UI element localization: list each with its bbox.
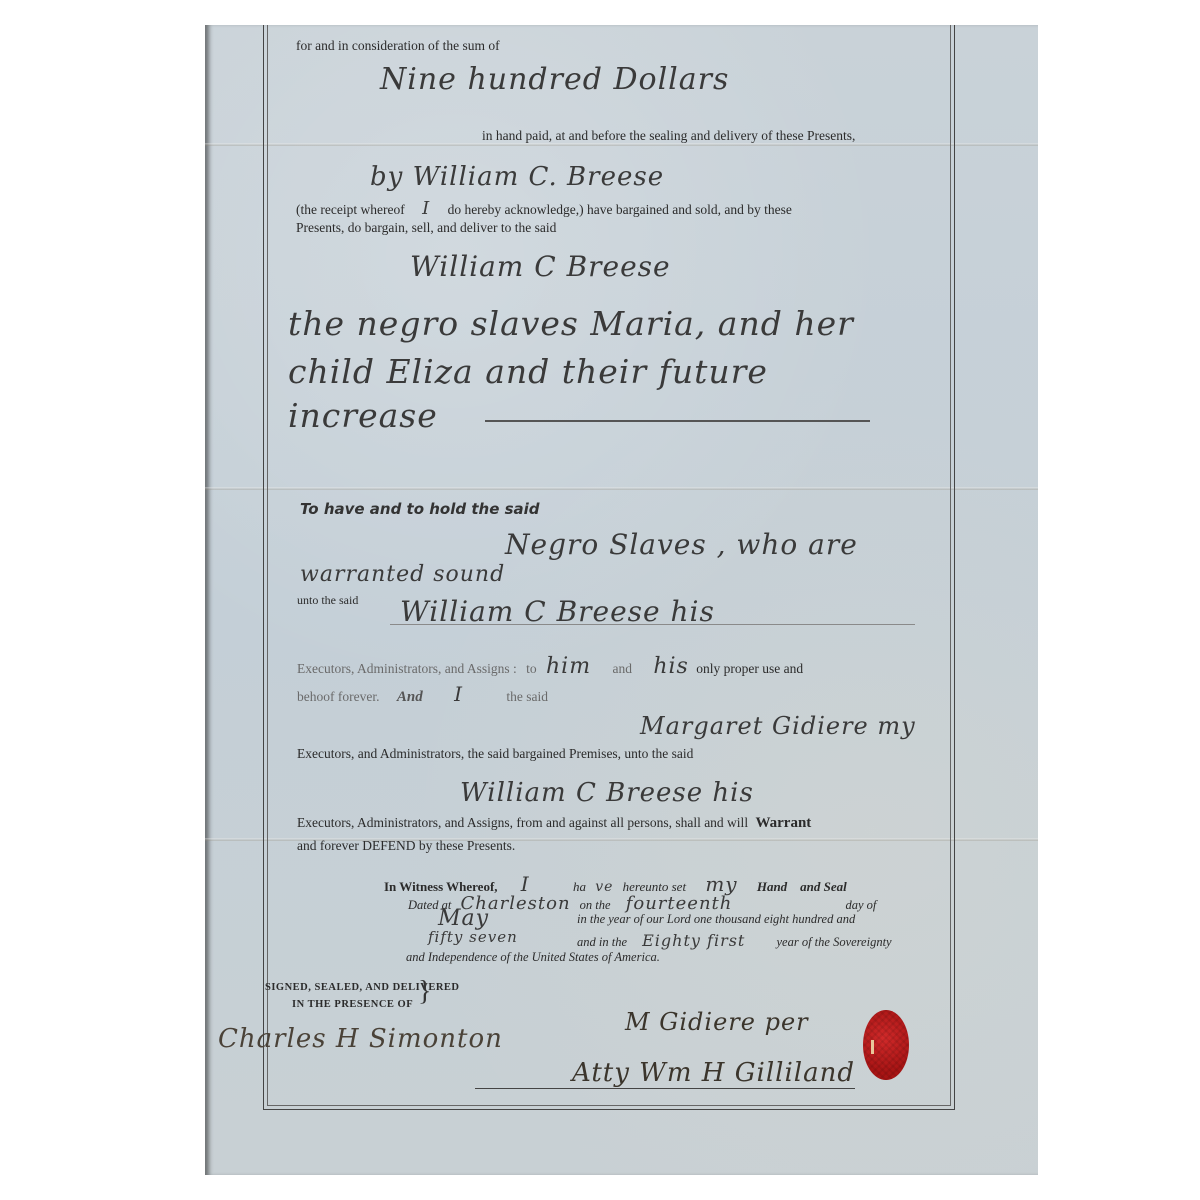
description-line-2: child Eliza and their future xyxy=(288,352,768,391)
in-hand-paid-text: in hand paid, at and before the sealing … xyxy=(482,128,855,144)
fill-line xyxy=(390,624,915,625)
executors-admins-text: Executors, and Administrators, the said … xyxy=(297,746,693,762)
to-have-heading: To have and to hold the said xyxy=(300,500,540,518)
behoof-label: behoof forever. xyxy=(297,689,379,704)
hereunto-set: hereunto set xyxy=(623,879,686,894)
seal-mark xyxy=(871,1040,874,1054)
and-bold: And xyxy=(397,689,423,705)
and-in-the: and in the xyxy=(577,935,627,949)
sovereignty-line: and in the Eighty first year of the Sove… xyxy=(577,931,892,950)
year-of-lord-line: in the year of our Lord one thousand eig… xyxy=(577,912,855,927)
hold-line-1: Negro Slaves , who are xyxy=(505,528,858,561)
sovereignty-year-handwritten: Eighty first xyxy=(642,931,745,950)
executors-assigns-2: Executors, Administrators, and Assigns, … xyxy=(297,815,811,832)
executors-assigns-1: Executors, Administrators, and Assigns :… xyxy=(297,654,803,679)
the-said-label: the said xyxy=(506,689,548,704)
his-handwritten: his xyxy=(653,654,689,679)
description-line-1: the negro slaves Maria, and her xyxy=(288,304,854,343)
executors-label: Executors, Administrators, and Assigns : xyxy=(297,661,517,676)
hold-line-2: warranted sound xyxy=(300,562,505,587)
day-handwritten: fourteenth xyxy=(626,893,733,914)
receipt-pronoun: I xyxy=(422,198,430,219)
on-the: on the xyxy=(580,898,611,912)
presents-text: Presents, do bargain, sell, and deliver … xyxy=(296,220,556,236)
ha-label: ha xyxy=(573,879,586,894)
defend-line: and forever DEFEND by these Presents. xyxy=(297,838,515,854)
wax-seal xyxy=(863,1010,909,1080)
receipt-whereof: (the receipt whereof xyxy=(296,202,405,217)
year-of-sovereignty: year of the Sovereignty xyxy=(776,935,891,949)
consideration-text: for and in consideration of the sum of xyxy=(296,38,500,54)
and-label: and xyxy=(612,661,632,676)
day-of: day of xyxy=(845,898,876,912)
receipt-whereof-text: (the receipt whereof I do hereby acknowl… xyxy=(296,198,792,219)
buyer-handwritten-3: William C Breese his xyxy=(460,778,754,808)
witness-signature: Charles H Simonton xyxy=(218,1024,503,1054)
behoof-line: behoof forever. And I the said xyxy=(297,682,548,706)
witness-whereof: In Witness Whereof, xyxy=(384,879,498,894)
brace-icon: } xyxy=(418,976,431,1008)
description-line-3: increase xyxy=(288,396,438,435)
signature-line-1: M Gidiere per xyxy=(625,1008,809,1036)
buyer-handwritten-1: William C Breese xyxy=(410,250,671,283)
signature-line xyxy=(475,1088,855,1089)
seller-handwritten: Margaret Gidiere my xyxy=(640,712,916,740)
receipt-rest: do hereby acknowledge,) have bargained a… xyxy=(448,202,792,217)
him-handwritten: him xyxy=(546,654,591,679)
to-label: to xyxy=(526,661,537,676)
warrant-bold: Warrant xyxy=(755,815,811,831)
executors-assigns-text: Executors, Administrators, and Assigns, … xyxy=(297,815,748,830)
unto-the-said-1: unto the said xyxy=(297,593,358,608)
signature-line-2: Atty Wm H Gilliland xyxy=(572,1058,855,1088)
seller-pronoun: I xyxy=(454,682,463,706)
fill-line xyxy=(485,420,870,422)
only-proper-label: only proper use and xyxy=(696,661,803,676)
in-presence-label: IN THE PRESENCE OF xyxy=(292,999,413,1010)
independence-line: and Independence of the United States of… xyxy=(406,950,660,965)
payer-handwritten: by William C. Breese xyxy=(370,162,664,192)
hand-and-seal: Hand and Seal xyxy=(757,879,847,894)
year-words-handwritten: fifty seven xyxy=(428,928,518,946)
sum-handwritten: Nine hundred Dollars xyxy=(380,62,729,97)
